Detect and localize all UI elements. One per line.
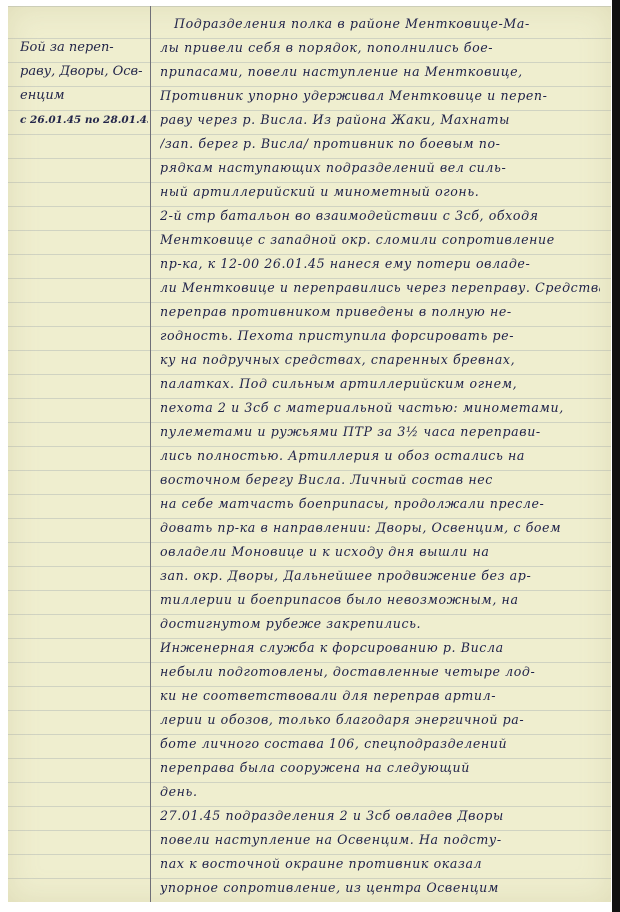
scan-edge-strip bbox=[612, 0, 620, 912]
text-line: зап. окр. Дворы, Дальнейшее продвижение … bbox=[160, 564, 600, 588]
text-line: повели наступление на Освенцим. На подст… bbox=[160, 828, 600, 852]
margin-title-line: раву, Дворы, Осв- bbox=[20, 60, 148, 84]
text-line: на себе матчасть боеприпасы, продолжали … bbox=[160, 492, 600, 516]
margin-title-line: енцим bbox=[20, 84, 148, 108]
text-line: ки не соответствовали для переправ артил… bbox=[160, 684, 600, 708]
text-line: ный артиллерийский и минометный огонь. bbox=[160, 180, 600, 204]
text-line: /зап. берег р. Висла/ противник по боевы… bbox=[160, 132, 600, 156]
text-line: ку на подручных средствах, спаренных бре… bbox=[160, 348, 600, 372]
text-line: пах к восточной окраине противник оказал bbox=[160, 852, 600, 876]
text-line: пехота 2 и 3сб с материальной частью: ми… bbox=[160, 396, 600, 420]
text-line: пр-ка, к 12-00 26.01.45 нанеся ему потер… bbox=[160, 252, 600, 276]
text-line: лы привели себя в порядок, пополнились б… bbox=[160, 36, 600, 60]
text-line: восточном берегу Висла. Личный состав не… bbox=[160, 468, 600, 492]
margin-rule-line bbox=[150, 6, 151, 902]
text-line: переправа была сооружена на следующий bbox=[160, 756, 600, 780]
text-line: лерии и обозов, только благодаря энергич… bbox=[160, 708, 600, 732]
text-line: Подразделения полка в районе Ментковице-… bbox=[160, 12, 600, 36]
text-line: припасами, повели наступление на Ментков… bbox=[160, 60, 600, 84]
text-line: ли Ментковице и переправились через пере… bbox=[160, 276, 600, 300]
text-line: довать пр-ка в направлении: Дворы, Освен… bbox=[160, 516, 600, 540]
text-line: овладели Моновице и к исходу дня вышли н… bbox=[160, 540, 600, 564]
text-line: пулеметами и ружьями ПТР за 3½ часа пере… bbox=[160, 420, 600, 444]
text-line: годность. Пехота приступила форсировать … bbox=[160, 324, 600, 348]
text-line: небыли подготовлены, доставленные четыре… bbox=[160, 660, 600, 684]
lined-paper-page: Бой за переп- раву, Дворы, Осв- енцим с … bbox=[8, 6, 611, 902]
text-line: Противник упорно удерживал Ментковице и … bbox=[160, 84, 600, 108]
text-line: рядкам наступающих подразделений вел сил… bbox=[160, 156, 600, 180]
text-line: достигнутом рубеже закрепились. bbox=[160, 612, 600, 636]
text-line: переправ противником приведены в полную … bbox=[160, 300, 600, 324]
text-line: боте личного состава 106, спецподразделе… bbox=[160, 732, 600, 756]
text-line: палатках. Под сильным артиллерийским огн… bbox=[160, 372, 600, 396]
text-line: тиллерии и боеприпасов было невозможным,… bbox=[160, 588, 600, 612]
margin-title-line: Бой за переп- bbox=[20, 36, 148, 60]
text-line: раву через р. Висла. Из района Жаки, Мах… bbox=[160, 108, 600, 132]
text-line: упорное сопротивление, из центра Освенци… bbox=[160, 876, 600, 900]
text-line: 27.01.45 подразделения 2 и 3сб овладев Д… bbox=[160, 804, 600, 828]
margin-date-range: с 26.01.45 по 28.01.45г. bbox=[20, 108, 148, 132]
text-line: лись полностью. Артиллерия и обоз остали… bbox=[160, 444, 600, 468]
text-line: Инженерная служба к форсированию р. Висл… bbox=[160, 636, 600, 660]
text-line: день. bbox=[160, 780, 600, 804]
text-line: Ментковице с западной окр. сломили сопро… bbox=[160, 228, 600, 252]
margin-heading: Бой за переп- раву, Дворы, Осв- енцим с … bbox=[20, 36, 148, 132]
log-body-text: Подразделения полка в районе Ментковице-… bbox=[160, 12, 600, 900]
text-line: 2-й стр батальон во взаимодействии с 3сб… bbox=[160, 204, 600, 228]
